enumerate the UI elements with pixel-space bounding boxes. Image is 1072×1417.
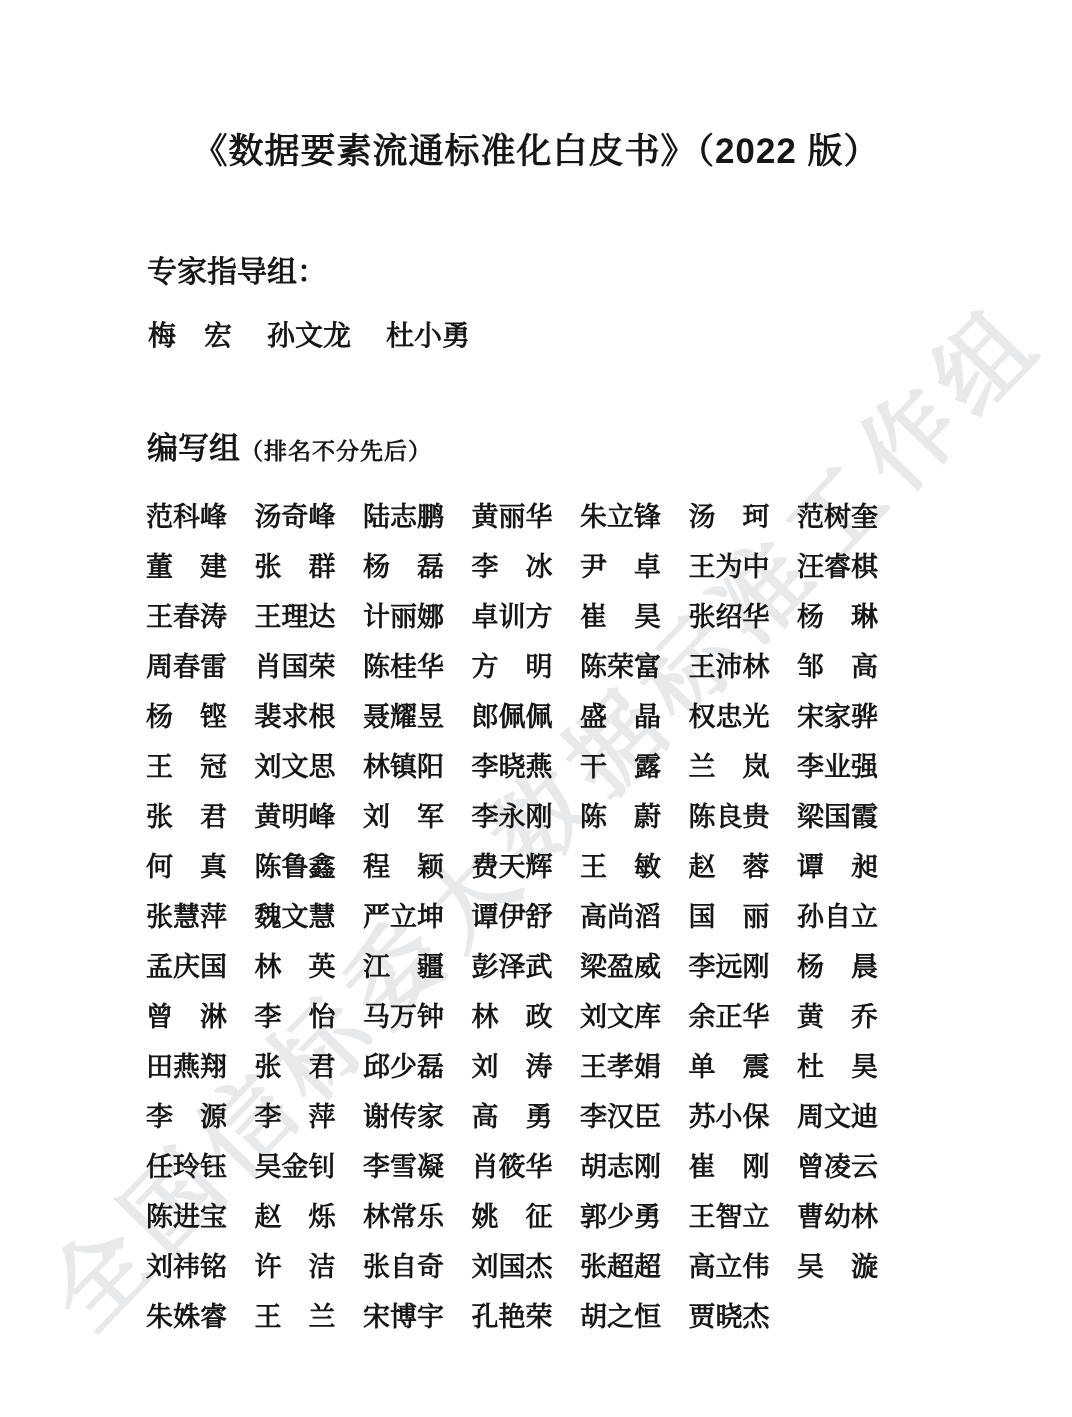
writer-name: 陈桂华 xyxy=(363,645,472,684)
writers-row: 田燕翔张 君邱少磊刘 涛王孝娟单 震杜 昊 xyxy=(146,1039,906,1089)
writers-row: 王 冠刘文思林镇阳李晓燕干 露兰 岚李业强 xyxy=(146,739,906,789)
writer-name: 李 源 xyxy=(146,1095,255,1134)
writer-name: 王理达 xyxy=(255,595,364,634)
writer-name: 陈良贵 xyxy=(689,795,798,834)
writer-name: 陈鲁鑫 xyxy=(255,845,364,884)
writer-name: 苏小保 xyxy=(689,1095,798,1134)
writers-row: 何 真陈鲁鑫程 颖费天辉王 敏赵 蓉谭 昶 xyxy=(146,839,906,889)
writer-name: 卓训方 xyxy=(472,595,581,634)
writing-group-heading-label: 编写组 xyxy=(147,431,240,466)
writer-name: 刘 涛 xyxy=(472,1045,581,1084)
writer-name: 王智立 xyxy=(689,1195,798,1234)
writer-name: 高 勇 xyxy=(472,1095,581,1134)
writer-name: 朱立锋 xyxy=(580,495,689,534)
writer-name: 林常乐 xyxy=(363,1195,472,1234)
writer-name: 肖国荣 xyxy=(255,645,364,684)
expert-name: 杜小勇 xyxy=(386,314,470,354)
writer-name: 梁国霞 xyxy=(797,795,906,834)
writer-name: 王 敏 xyxy=(580,845,689,884)
writer-name: 杨 琳 xyxy=(797,595,906,634)
writer-name: 胡之恒 xyxy=(580,1295,689,1334)
writers-row: 陈进宝赵 烁林常乐姚 征郭少勇王智立曹幼林 xyxy=(146,1189,906,1239)
writer-name: 曾凌云 xyxy=(797,1145,906,1184)
writer-name: 王沛林 xyxy=(689,645,798,684)
writer-name: 宋家骅 xyxy=(797,695,906,734)
writer-name: 周文迪 xyxy=(797,1095,906,1134)
writer-name: 李 萍 xyxy=(255,1095,364,1134)
writer-name: 崔 昊 xyxy=(580,595,689,634)
writer-name: 赵 烁 xyxy=(255,1195,364,1234)
writer-name: 陈进宝 xyxy=(146,1195,255,1234)
writer-name: 贾晓杰 xyxy=(689,1295,798,1334)
writer-name: 李远刚 xyxy=(689,945,798,984)
writer-name: 刘文思 xyxy=(255,745,364,784)
writer-name: 林镇阳 xyxy=(363,745,472,784)
writer-name: 肖筱华 xyxy=(472,1145,581,1184)
writer-name: 邹 高 xyxy=(797,645,906,684)
writer-name: 谭 昶 xyxy=(797,845,906,884)
writer-name: 费天辉 xyxy=(472,845,581,884)
writer-name: 刘 军 xyxy=(363,795,472,834)
writer-name: 李业强 xyxy=(797,745,906,784)
writers-row: 刘祎铭许 洁张自奇刘国杰张超超高立伟吴 漩 xyxy=(146,1239,906,1289)
writer-name: 汤 珂 xyxy=(689,495,798,534)
writer-name: 刘文库 xyxy=(580,995,689,1034)
writer-name: 黄丽华 xyxy=(472,495,581,534)
writer-name: 高立伟 xyxy=(689,1245,798,1284)
writer-name: 杨 晨 xyxy=(797,945,906,984)
writers-row: 任玲钰吴金钊李雪凝肖筱华胡志刚崔 刚曾凌云 xyxy=(146,1139,906,1189)
writer-name: 任玲钰 xyxy=(146,1145,255,1184)
writer-name: 汪睿棋 xyxy=(797,545,906,584)
writer-name: 孔艳荣 xyxy=(472,1295,581,1334)
writer-name: 计丽娜 xyxy=(363,595,472,634)
writers-row: 孟庆国林 英江 疆彭泽武梁盈威李远刚杨 晨 xyxy=(146,939,906,989)
writer-name: 董 建 xyxy=(146,545,255,584)
writer-name: 单 震 xyxy=(689,1045,798,1084)
page-title: 《数据要素流通标准化白皮书》（2022 版） xyxy=(0,124,1072,174)
writer-name: 王为中 xyxy=(689,545,798,584)
writer-name: 严立坤 xyxy=(363,895,472,934)
writers-row: 曾 淋李 怡马万钟林 政刘文库余正华黄 乔 xyxy=(146,989,906,1039)
writer-name: 郎佩佩 xyxy=(472,695,581,734)
writer-name: 张 君 xyxy=(255,1045,364,1084)
writer-name: 赵 蓉 xyxy=(689,845,798,884)
writer-name: 王 兰 xyxy=(255,1295,364,1334)
writer-name: 林 政 xyxy=(472,995,581,1034)
writer-name: 周春雷 xyxy=(146,645,255,684)
writing-group-heading-note: （排名不分先后） xyxy=(240,438,432,464)
writer-name: 干 露 xyxy=(580,745,689,784)
writers-row: 周春雷肖国荣陈桂华方 明陈荣富王沛林邹 高 xyxy=(146,639,906,689)
writer-name: 林 英 xyxy=(255,945,364,984)
writer-name: 朱姝睿 xyxy=(146,1295,255,1334)
writer-name: 盛 晶 xyxy=(580,695,689,734)
expert-group-heading: 专家指导组： xyxy=(147,247,327,291)
writer-name: 梁盈威 xyxy=(580,945,689,984)
writer-name: 杜 昊 xyxy=(797,1045,906,1084)
writer-name: 国 丽 xyxy=(689,895,798,934)
writer-name: 张超超 xyxy=(580,1245,689,1284)
writer-name: 崔 刚 xyxy=(689,1145,798,1184)
writer-name: 张 君 xyxy=(146,795,255,834)
writer-name: 郭少勇 xyxy=(580,1195,689,1234)
writer-name: 王 冠 xyxy=(146,745,255,784)
writer-name: 许 洁 xyxy=(255,1245,364,1284)
writers-row: 朱姝睿王 兰宋博宇孔艳荣胡之恒贾晓杰 xyxy=(146,1289,906,1339)
writer-name: 李汉臣 xyxy=(580,1095,689,1134)
writer-name: 谢传家 xyxy=(363,1095,472,1134)
writing-group-heading: 编写组（排名不分先后） xyxy=(147,423,432,468)
document-page: 全国信标委大数据标准工作组 《数据要素流通标准化白皮书》（2022 版） 专家指… xyxy=(0,0,1072,1417)
writers-row: 杨 铿裴求根聂耀昱郎佩佩盛 晶权忠光宋家骅 xyxy=(146,689,906,739)
writer-name: 高尚滔 xyxy=(580,895,689,934)
writer-name: 江 疆 xyxy=(363,945,472,984)
writer-name: 黄明峰 xyxy=(255,795,364,834)
writer-name: 彭泽武 xyxy=(472,945,581,984)
writer-name: 张绍华 xyxy=(689,595,798,634)
writer-name: 杨 磊 xyxy=(363,545,472,584)
writer-name: 汤奇峰 xyxy=(255,495,364,534)
writer-name: 曾 淋 xyxy=(146,995,255,1034)
writer-name: 王孝娟 xyxy=(580,1045,689,1084)
writer-name: 田燕翔 xyxy=(146,1045,255,1084)
writer-name: 张自奇 xyxy=(363,1245,472,1284)
writer-name: 裴求根 xyxy=(255,695,364,734)
writer-name: 方 明 xyxy=(472,645,581,684)
writer-name: 范树奎 xyxy=(797,495,906,534)
writer-name: 范科峰 xyxy=(146,495,255,534)
writer-name: 聂耀昱 xyxy=(363,695,472,734)
writers-row: 张 君黄明峰刘 军李永刚陈 蔚陈良贵梁国霞 xyxy=(146,789,906,839)
writer-name: 张 群 xyxy=(255,545,364,584)
writer-name: 李 怡 xyxy=(255,995,364,1034)
writer-name: 兰 岚 xyxy=(689,745,798,784)
writer-name: 程 颖 xyxy=(363,845,472,884)
writer-name: 孙自立 xyxy=(797,895,906,934)
writers-row: 李 源李 萍谢传家高 勇李汉臣苏小保周文迪 xyxy=(146,1089,906,1139)
writers-grid: 范科峰汤奇峰陆志鹏黄丽华朱立锋汤 珂范树奎董 建张 群杨 磊李 冰尹 卓王为中汪… xyxy=(146,489,906,1339)
writer-name: 王春涛 xyxy=(146,595,255,634)
writer-name: 吴金钊 xyxy=(255,1145,364,1184)
writers-row: 董 建张 群杨 磊李 冰尹 卓王为中汪睿棋 xyxy=(146,539,906,589)
writer-name: 何 真 xyxy=(146,845,255,884)
writer-name: 黄 乔 xyxy=(797,995,906,1034)
writer-name: 吴 漩 xyxy=(797,1245,906,1284)
writer-name: 邱少磊 xyxy=(363,1045,472,1084)
writer-name: 胡志刚 xyxy=(580,1145,689,1184)
writer-name: 曹幼林 xyxy=(797,1195,906,1234)
writer-name: 宋博宇 xyxy=(363,1295,472,1334)
writers-row: 王春涛王理达计丽娜卓训方崔 昊张绍华杨 琳 xyxy=(146,589,906,639)
writer-name: 李雪凝 xyxy=(363,1145,472,1184)
writer-name: 马万钟 xyxy=(363,995,472,1034)
writer-name: 魏文慧 xyxy=(255,895,364,934)
writer-name: 张慧萍 xyxy=(146,895,255,934)
writer-name: 尹 卓 xyxy=(580,545,689,584)
writer-name: 刘祎铭 xyxy=(146,1245,255,1284)
writer-name: 陆志鹏 xyxy=(363,495,472,534)
expert-name: 梅 宏 xyxy=(148,314,232,354)
writer-name: 权忠光 xyxy=(689,695,798,734)
writer-name: 刘国杰 xyxy=(472,1245,581,1284)
writer-name: 李 冰 xyxy=(472,545,581,584)
writer-name: 谭伊舒 xyxy=(472,895,581,934)
writers-row: 张慧萍魏文慧严立坤谭伊舒高尚滔国 丽孙自立 xyxy=(146,889,906,939)
writer-name: 李永刚 xyxy=(472,795,581,834)
writer-name: 李晓燕 xyxy=(472,745,581,784)
expert-name: 孙文龙 xyxy=(267,314,351,354)
writer-name: 陈荣富 xyxy=(580,645,689,684)
writer-name: 陈 蔚 xyxy=(580,795,689,834)
writer-name: 杨 铿 xyxy=(146,695,255,734)
expert-group-members: 梅 宏 孙文龙 杜小勇 xyxy=(148,314,470,354)
writer-name: 余正华 xyxy=(689,995,798,1034)
writer-name: 孟庆国 xyxy=(146,945,255,984)
writer-name: 姚 征 xyxy=(472,1195,581,1234)
writers-row: 范科峰汤奇峰陆志鹏黄丽华朱立锋汤 珂范树奎 xyxy=(146,489,906,539)
